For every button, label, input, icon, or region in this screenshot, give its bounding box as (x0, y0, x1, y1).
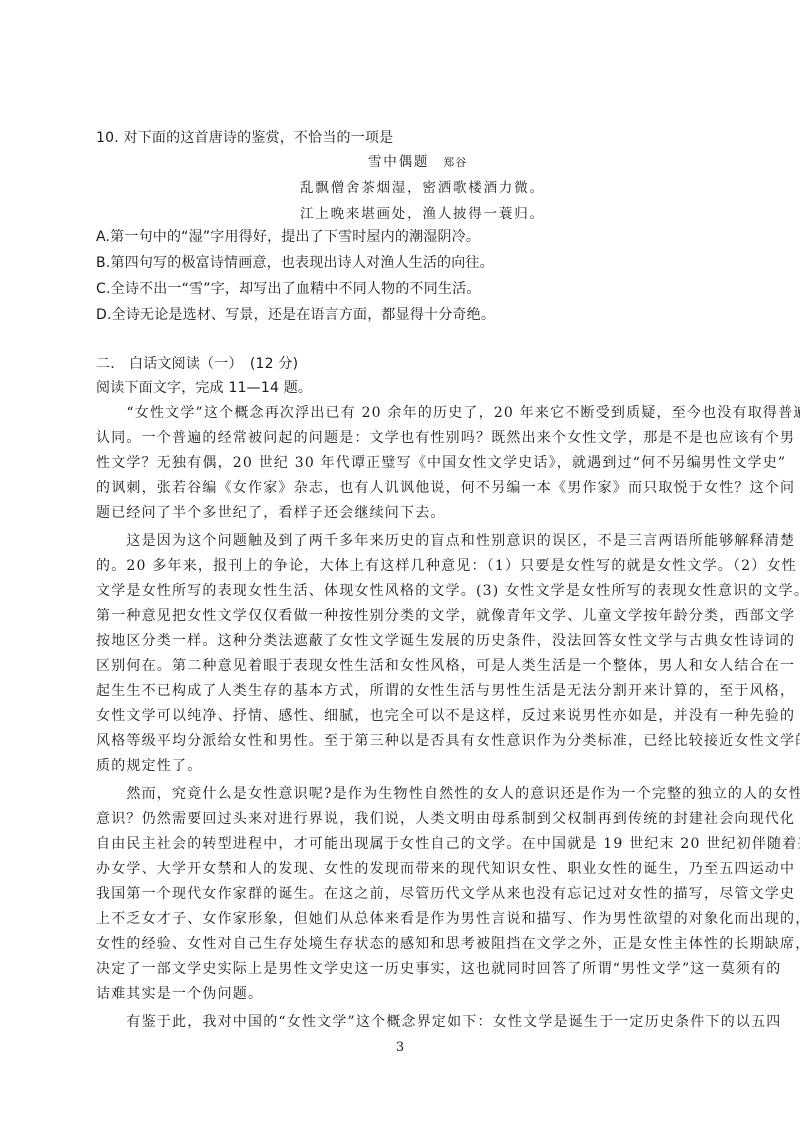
passage-line: 决定了一部文学史实际上是男性文学史这一历史事实，这也就同时回答了所谓“男性文学”… (96, 959, 716, 979)
passage-line: 起生生不已构成了人类生存的基本方式，所谓的女性生活与男性生活是无法分割开来计算的… (96, 681, 716, 701)
passage-line: 诘难其实是一个伪问题。 (96, 984, 716, 1004)
passage-line: 题已经问了半个多世纪了，看样子还会继续问下去。 (96, 503, 716, 523)
poem-title-line: 雪中偶题郑谷 (368, 152, 467, 173)
option-d: D.全诗无论是选材、写景，还是在语言方面，都显得十分奇绝。 (96, 305, 716, 325)
passage-line: 区别何在。第二种意见着眼于表现女性生活和女性风格，可是人类生活是一个整体，男人和… (96, 656, 716, 676)
section-instruction: 阅读下面文字，完成 11—14 题。 (96, 378, 716, 398)
passage-line: 认同。一个普遍的经常被问起的问题是：文学也有性别吗？既然出来个女性文学，那是不是… (96, 428, 716, 448)
passage-line: 这是因为这个问题触及到了两千多年来历史的盲点和性别意识的误区，不是三言两语所能够… (96, 531, 716, 551)
passage-line: 我国第一个现代女作家群的诞生。在这之前，尽管历代文学从来也没有忘记过对女性的描写… (96, 884, 716, 904)
passage-line: 的。20 多年来，报刊上的争论，大体上有这样几种意见：（1）只要是女性写的就是女… (96, 556, 716, 576)
passage-line: 有鉴于此，我对中国的“女性文学”这个概念界定如下：女性文学是诞生于一定历史条件下… (96, 1012, 716, 1032)
option-b: B.第四句写的极富诗情画意，也表现出诗人对渔人生活的向往。 (96, 253, 716, 273)
passage-line: 上不乏女才子、女作家形象，但她们从总体来看是作为男性言说和描写、作为男性欲望的对… (96, 909, 716, 929)
option-c: C.全诗不出一“雪”字，却写出了血精中不同人物的不同生活。 (96, 279, 716, 299)
passage-line: 风格等级平均分派给女性和男性。至于第三种以是否具有女性意识作为分类标准，已经比较… (96, 731, 716, 751)
passage-line: 意识？仍然需要回过头来对进行界说，我们说，人类文明由母系制到父权制再到传统的封建… (96, 809, 716, 829)
passage-line: 质的规定性了。 (96, 756, 716, 776)
passage-line: 文学是女性所写的表现女性生活、体现女性风格的文学。(3) 女性文学是女性所写的表… (96, 581, 716, 601)
passage-line: “女性文学”这个概念再次浮出已有 20 余年的历史了，20 年来它不断受到质疑，… (96, 403, 716, 423)
exam-page: 10. 对下面的这首唐诗的鉴赏，不恰当的一项是 雪中偶题郑谷 乱飘僧舍茶烟湿，密… (0, 0, 800, 1131)
passage-line: 女性的经验、女性对自己生存处境生存状态的感知和思考被阻挡在文学之外，正是女性主体… (96, 934, 716, 954)
option-a: A.第一句中的“湿”字用得好，提出了下雪时屋内的潮湿阴冷。 (96, 227, 716, 247)
passage-line: 女性文学可以纯净、抒情、感性、细腻，也完全可以不是这样，反过来说男性亦如是，并没… (96, 706, 716, 726)
passage-line: 办女学、大学开女禁和人的发现、女性的发现而带来的现代知识女性、职业女性的诞生，乃… (96, 859, 716, 879)
poem-line-2: 江上晚来堪画处，渔人披得一蓑归。 (300, 204, 545, 224)
passage-line: 然而，究竟什么是女性意识呢?是作为生物性自然性的女人的意识还是作为一个完整的独立… (96, 784, 716, 804)
poem-author: 郑谷 (443, 156, 467, 169)
section-heading: 二. 白话文阅读（一） (12 分) (96, 354, 716, 374)
passage-line: 性文学？无独有偶，20 世纪 30 年代谭正璧写《中国女性文学史话》，就遇到过“… (96, 453, 716, 473)
question-10-stem: 10. 对下面的这首唐诗的鉴赏，不恰当的一项是 (96, 128, 716, 148)
passage-line: 的讽刺，张若谷编《女作家》杂志，也有人讥讽他说，何不另编一本《男作家》而只取悦于… (96, 478, 716, 498)
passage-line: 第一种意见把女性文学仅仅看做一种按性别分类的文学，就像青年文学、儿童文学按年龄分… (96, 606, 716, 626)
passage-line: 按地区分类一样。这种分类法遮蔽了女性文学诞生发展的历史条件，没法回答女性文学与古… (96, 631, 716, 651)
poem-line-1: 乱飘僧舍茶烟湿，密洒歌楼酒力微。 (300, 178, 545, 198)
page-number: 3 (0, 1040, 800, 1055)
poem-title: 雪中偶题 (368, 154, 429, 170)
passage-line: 自由民主社会的转型进程中，才可能出现属于女性自己的文学。在中国就是 19 世纪末… (96, 834, 716, 854)
